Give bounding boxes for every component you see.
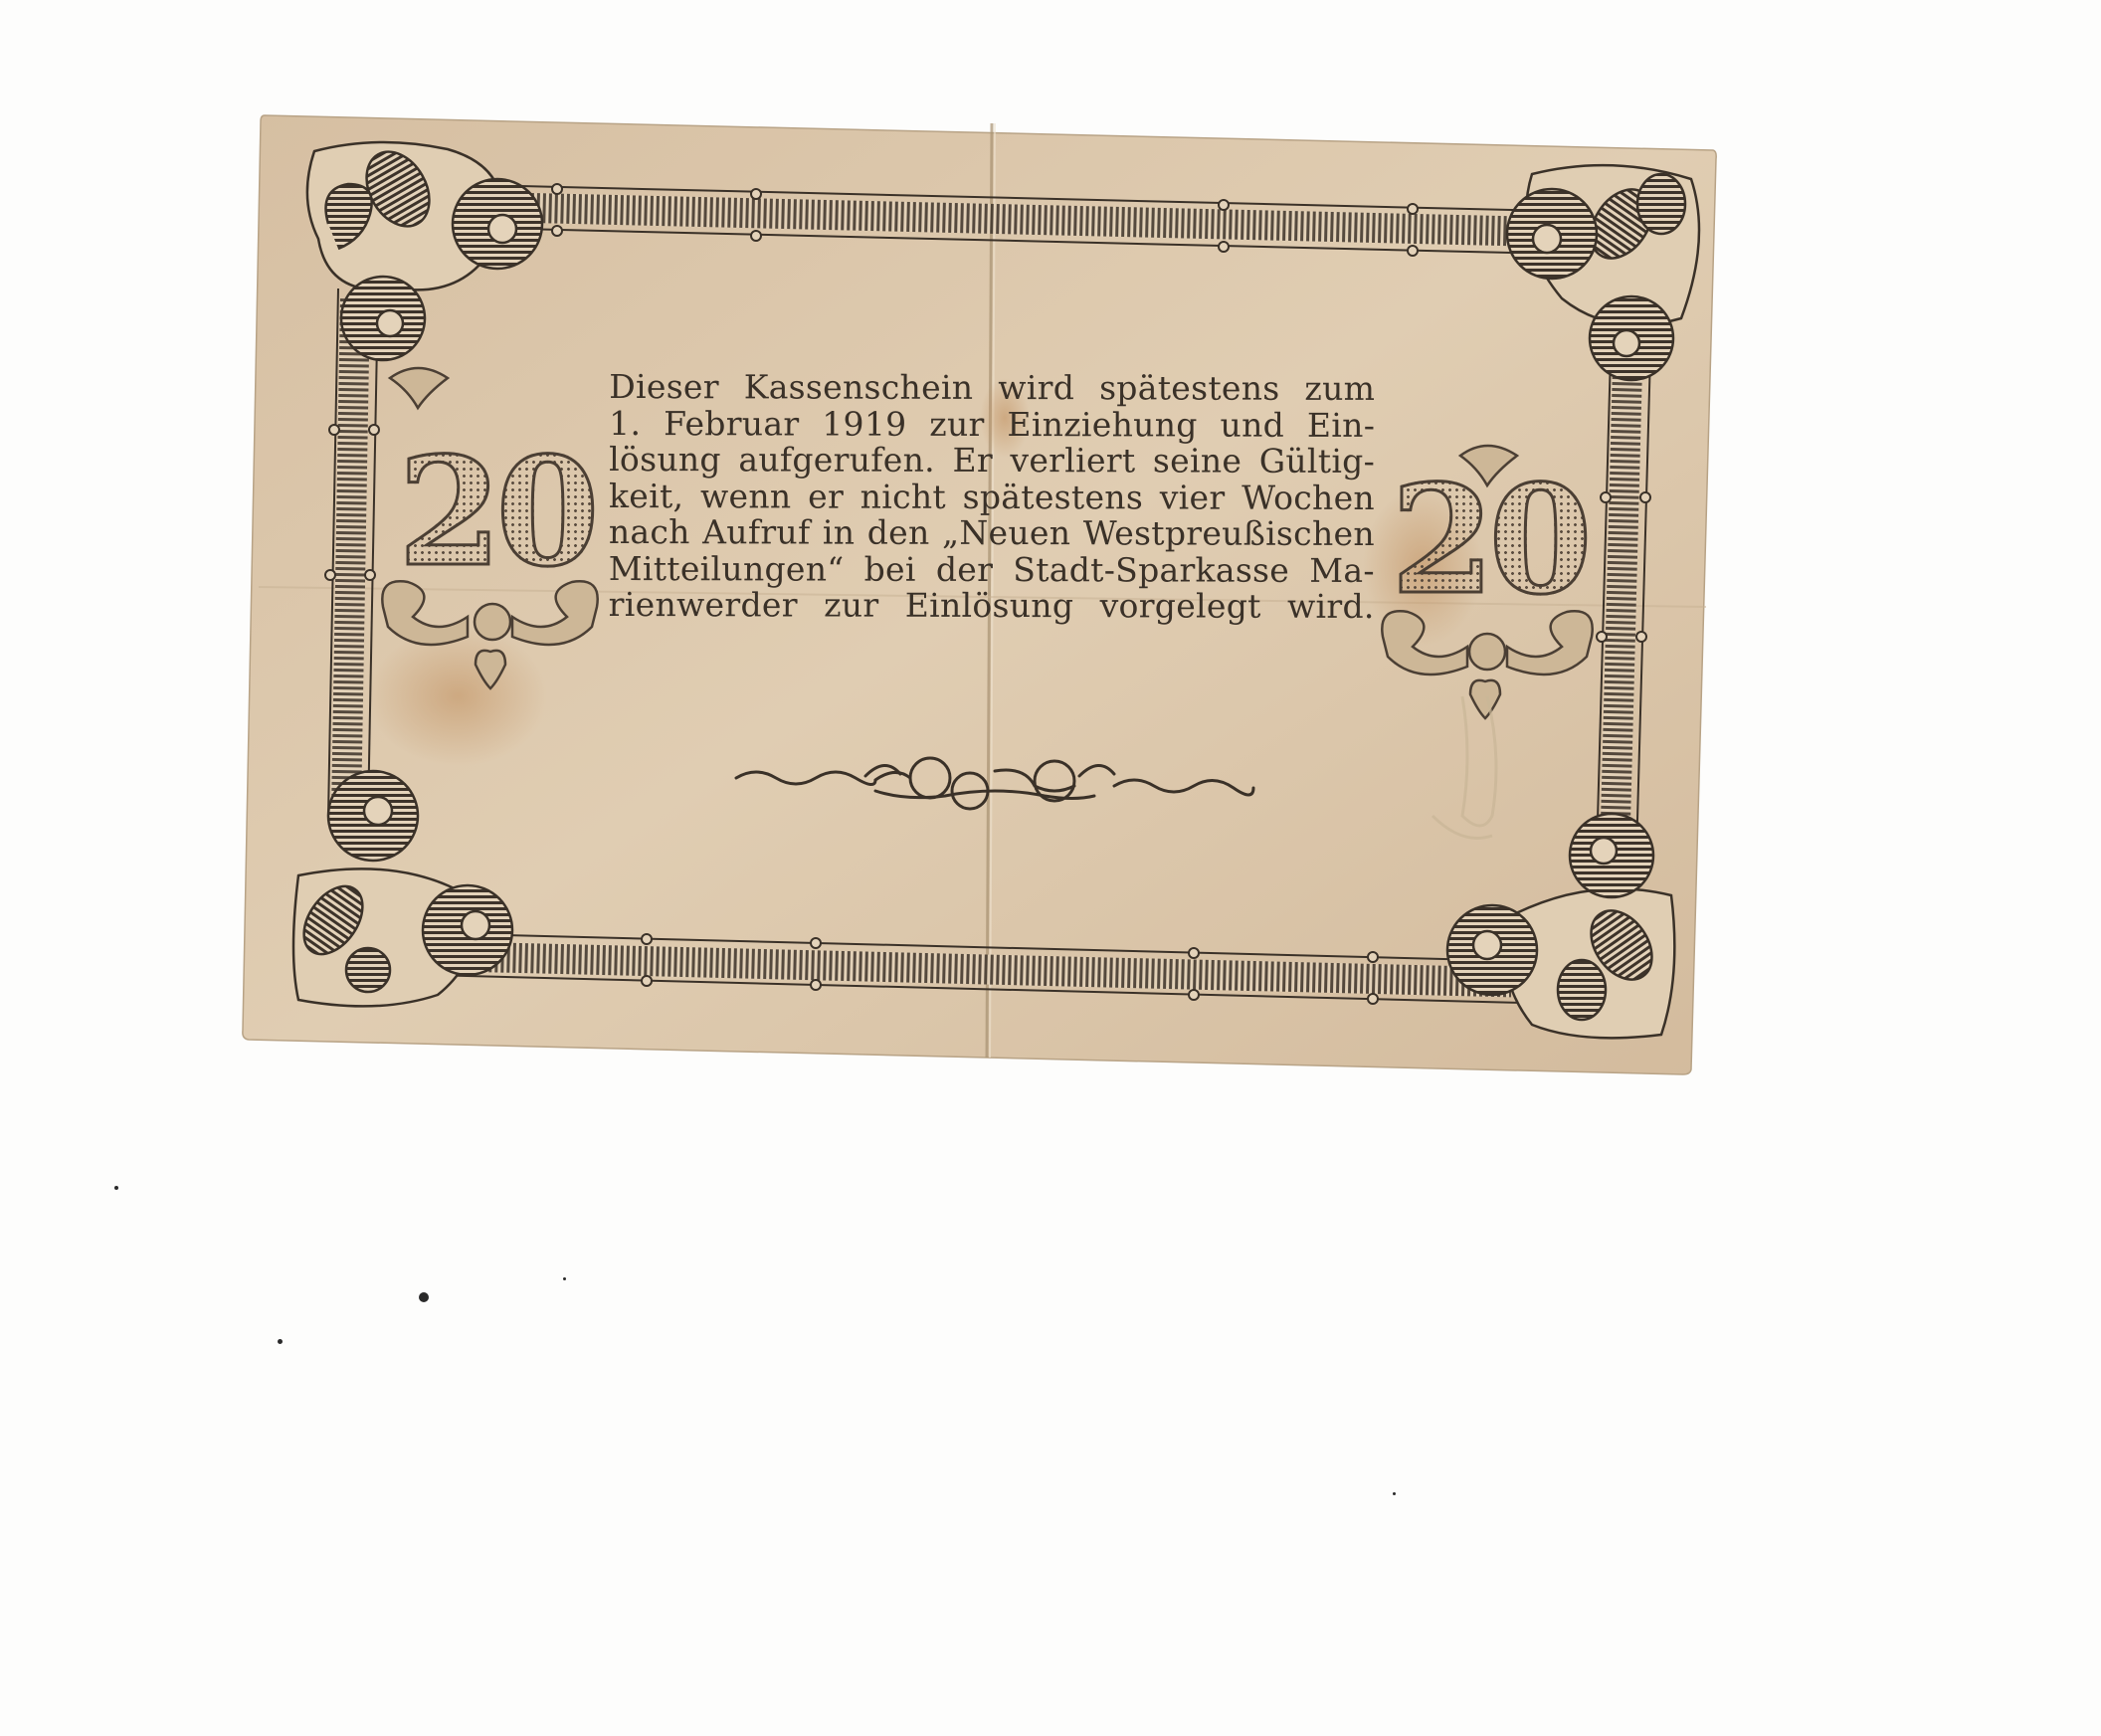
inscription-line: nach Aufruf in den „Neuen Westpreußische…	[609, 514, 1375, 553]
banknote: 20 20 Dieser Kassenschein wird spätesten…	[0, 0, 2101, 1736]
inscription-line: lösung aufgerufen. Er verliert seine Gül…	[609, 442, 1375, 481]
inscription-line: 1. Februar 1919 zur Einziehung und Ein-	[609, 405, 1375, 444]
inscription: Dieser Kassenschein wird spätestens zum …	[609, 369, 1376, 626]
inscription-line: Mitteilungen“ bei der Stadt-Sparkasse Ma…	[609, 550, 1375, 589]
inscription-line: rienwerder zur Einlösung vorgelegt wird.	[609, 587, 1375, 626]
banknote-artwork	[0, 0, 2101, 1736]
denomination-numeral-right: 20	[1391, 466, 1587, 615]
inscription-line: keit, wenn er nicht spätestens vier Woch…	[609, 478, 1375, 516]
inscription-line: Dieser Kassenschein wird spätestens zum	[609, 369, 1375, 408]
denomination-numeral-left: 20	[398, 438, 594, 587]
